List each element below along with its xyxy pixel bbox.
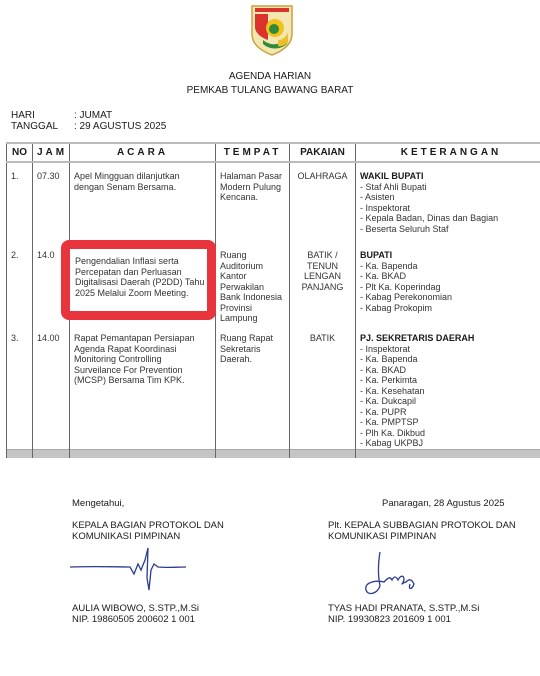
right-position-line2: KOMUNIKASI PIMPINAN: [328, 531, 516, 542]
column-header-keterangan: KETERANGAN: [356, 143, 540, 162]
row-location: Ruang Auditorium Kantor Perwakilan Bank …: [216, 247, 290, 328]
right-position-line1: Plt. KEPALA SUBBAGIAN PROTOKOL DAN: [328, 520, 516, 531]
highlighted-event-text: Pengendalian Inflasi serta Percepatan da…: [75, 256, 215, 298]
column-header-jam: JAM: [33, 143, 70, 162]
table-header-row: NO JAM ACARA TEMPAT PAKAIAN KETERANGAN: [7, 143, 540, 162]
notes-item: - Ka. Perkimta: [360, 375, 540, 386]
notes-item: - Inspektorat: [360, 344, 540, 355]
date-label: TANGGAL: [11, 121, 74, 132]
acknowledged-label: Mengetahui,: [72, 498, 124, 509]
row-time: 07.30: [33, 162, 70, 247]
row-notes: PJ. SEKRETARIS DAERAH - Inspektorat - Ka…: [356, 328, 540, 450]
row-notes: WAKIL BUPATI - Staf Ahli Bupati - Asiste…: [356, 162, 540, 247]
notes-item: - Ka. BKAD: [360, 365, 540, 376]
right-signature-icon: [360, 550, 430, 600]
left-signatory: AULIA WIBOWO, S.STP.,M.Si NIP. 19860505 …: [72, 603, 199, 625]
notes-lead: BUPATI: [360, 250, 540, 261]
row-location: Halaman Pasar Modern Pulung Kencana.: [216, 162, 290, 247]
notes-item: - Staf Ahli Bupati: [360, 182, 540, 193]
row-no: 1.: [7, 162, 33, 247]
day-label: HARI: [11, 110, 74, 121]
right-signatory-position: Plt. KEPALA SUBBAGIAN PROTOKOL DAN KOMUN…: [328, 520, 516, 542]
notes-item: - Asisten: [360, 192, 540, 203]
row-event: Rapat Pemantapan Persiapan Agenda Rapat …: [70, 328, 216, 450]
notes-item: - Plh Ka. Dikbud: [360, 428, 540, 439]
table-row: 3. 14.00 Rapat Pemantapan Persiapan Agen…: [7, 328, 540, 450]
row-no: 2.: [7, 247, 33, 328]
notes-item: - Kepala Badan, Dinas dan Bagian: [360, 213, 540, 224]
table-footer-bar: [7, 450, 540, 459]
left-position-line1: KEPALA BAGIAN PROTOKOL DAN: [72, 520, 224, 531]
row-event: Apel Mingguan dilanjutkan dengan Senam B…: [70, 162, 216, 247]
row-location: Ruang Rapat Sekretaris Daerah.: [216, 328, 290, 450]
row-attire: BATIK / TENUN LENGAN PANJANG: [290, 247, 356, 328]
table-row: 1. 07.30 Apel Mingguan dilanjutkan denga…: [7, 162, 540, 247]
column-header-tempat: TEMPAT: [216, 143, 290, 162]
day-value: : JUMAT: [74, 110, 112, 121]
day-row: HARI: JUMAT: [11, 110, 112, 121]
left-signatory-name: AULIA WIBOWO, S.STP.,M.Si: [72, 603, 199, 614]
notes-lead: PJ. SEKRETARIS DAERAH: [360, 333, 540, 344]
notes-item: - Kabag UKPBJ: [360, 438, 540, 449]
notes-item: - Ka. Dukcapil: [360, 396, 540, 407]
document-subtitle: PEMKAB TULANG BAWANG BARAT: [0, 85, 540, 96]
notes-item: - Ka. Bapenda: [360, 261, 540, 272]
date-row: TANGGAL: 29 AGUSTUS 2025: [11, 121, 166, 132]
notes-lead: WAKIL BUPATI: [360, 171, 540, 182]
notes-item: - Plt Ka. Koperindag: [360, 282, 540, 293]
right-signatory-nip: NIP. 19930823 201609 1 001: [328, 614, 479, 625]
date-value: : 29 AGUSTUS 2025: [74, 121, 166, 132]
notes-item: - Kabag Perekonomian: [360, 292, 540, 303]
place-date: Panaragan, 28 Agustus 2025: [382, 498, 505, 509]
left-signatory-nip: NIP. 19860505 200602 1 001: [72, 614, 199, 625]
left-signatory-position: KEPALA BAGIAN PROTOKOL DAN KOMUNIKASI PI…: [72, 520, 224, 542]
notes-item: - Ka. Bapenda: [360, 354, 540, 365]
row-attire: OLAHRAGA: [290, 162, 356, 247]
notes-item: - Ka. PMPTSP: [360, 417, 540, 428]
row-notes: BUPATI - Ka. Bapenda - Ka. BKAD - Plt Ka…: [356, 247, 540, 328]
notes-item: - Ka. Kesehatan: [360, 386, 540, 397]
row-attire: BATIK: [290, 328, 356, 450]
notes-item: - Ka. PUPR: [360, 407, 540, 418]
row-no: 3.: [7, 328, 33, 450]
column-header-pakaian: PAKAIAN: [290, 143, 356, 162]
notes-item: - Ka. BKAD: [360, 271, 540, 282]
regency-coat-of-arms-icon: [250, 4, 294, 56]
row-time: 14.00: [33, 328, 70, 450]
right-signatory-name: TYAS HADI PRANATA, S.STP.,M.Si: [328, 603, 479, 614]
column-header-no: NO: [7, 143, 33, 162]
document-title: AGENDA HARIAN: [0, 71, 540, 82]
notes-item: - Inspektorat: [360, 203, 540, 214]
notes-item: - Beserta Seluruh Staf: [360, 224, 540, 235]
column-header-acara: ACARA: [70, 143, 216, 162]
right-signatory: TYAS HADI PRANATA, S.STP.,M.Si NIP. 1993…: [328, 603, 479, 625]
left-signature-icon: [68, 540, 188, 595]
notes-item: - Kabag Prokopim: [360, 303, 540, 314]
